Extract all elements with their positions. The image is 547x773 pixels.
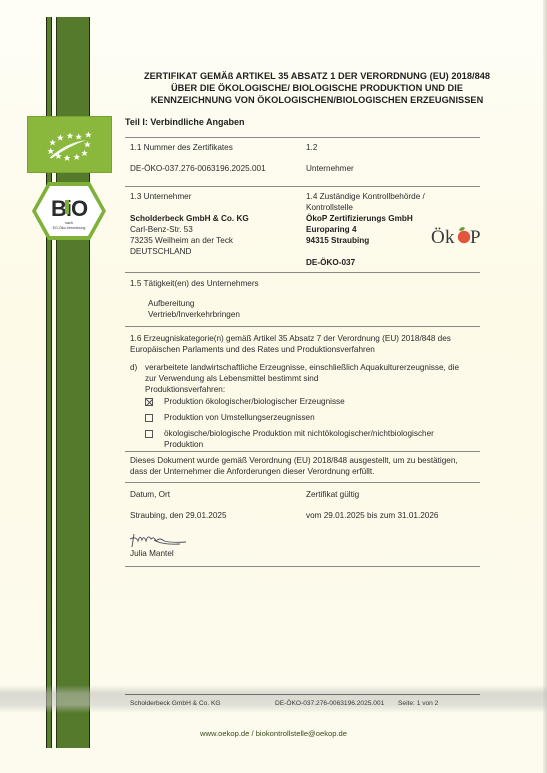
divider bbox=[125, 451, 480, 452]
activity-item: Aufbereitung bbox=[148, 299, 194, 310]
authority-org: ÖkoP Zertifizierungs GmbH bbox=[306, 214, 413, 225]
authority-street: Europaring 4 bbox=[306, 225, 357, 236]
option-mixed-production-line-2: Produktion bbox=[164, 440, 203, 451]
title-line-2: ÜBER DIE ÖKOLOGISCHE/ BIOLOGISCHE PRODUK… bbox=[112, 82, 522, 94]
operator-street: Carl-Benz-Str. 53 bbox=[130, 225, 193, 236]
divider bbox=[125, 186, 480, 187]
svg-text:P: P bbox=[470, 227, 481, 246]
contact-links: www.oekop.de / biokontrollstelle@oekop.d… bbox=[0, 729, 547, 738]
checkbox-conversion-products[interactable] bbox=[145, 414, 153, 422]
footer-company: Scholderbeck GmbH & Co. KG bbox=[130, 700, 221, 707]
signatory-name: Julia Mantel bbox=[130, 549, 174, 560]
certificate-page: BiO nach EG-Öko-Verordnung ZERTIFIKAT GE… bbox=[0, 0, 547, 773]
eu-organic-leaf-logo-icon bbox=[27, 116, 112, 173]
authority-code: DE-ÖKO-037 bbox=[306, 258, 355, 269]
product-category-label-line-2: Europäischen Parlaments und des Rates un… bbox=[130, 345, 375, 356]
production-methods-label: Produktionsverfahren: bbox=[145, 385, 225, 396]
signature-image bbox=[128, 531, 192, 549]
section-title: Teil I: Verbindliche Angaben bbox=[125, 117, 245, 127]
category-marker: d) bbox=[130, 363, 137, 374]
svg-text:nach: nach bbox=[65, 221, 73, 225]
authority-city: 94315 Straubing bbox=[306, 236, 369, 247]
category-text-line-2: zur Verwendung als Lebensmittel bestimmt… bbox=[145, 374, 318, 385]
title-line-3: KENNZEICHNUNG VON ÖKOLOGISCHEN/BIOLOGISC… bbox=[112, 94, 522, 106]
statement-line-2: dass der Unternehmer die Anforderungen d… bbox=[130, 467, 374, 478]
option-organic-production: Produktion ökologischer/biologischer Erz… bbox=[164, 397, 345, 408]
checkbox-mixed-production[interactable] bbox=[145, 430, 153, 438]
option-mixed-production-line-1: ökologische/biologische Produktion mit n… bbox=[164, 429, 434, 440]
authority-label-line-2: Kontrollstelle bbox=[306, 203, 353, 214]
category-text-line-1: verarbeitete landwirtschaftliche Erzeugn… bbox=[145, 363, 459, 374]
product-category-label-line-1: 1.6 Erzeugniskategorie(n) gemäß Artikel … bbox=[130, 334, 451, 345]
operator-label: 1.3 Unternehmer bbox=[130, 192, 191, 203]
website-email-link[interactable]: www.oekop.de / biokontrollstelle@oekop.d… bbox=[200, 729, 347, 738]
title-line-1: ZERTIFIKAT GEMÄß ARTIKEL 35 ABSATZ 1 DER… bbox=[112, 70, 522, 82]
svg-text:BiO: BiO bbox=[51, 196, 88, 221]
divider bbox=[125, 566, 480, 567]
operator-country: DEUTSCHLAND bbox=[130, 247, 191, 258]
footer-page-number: Seite: 1 von 2 bbox=[398, 700, 438, 707]
svg-text:EG-Öko-Verordnung: EG-Öko-Verordnung bbox=[53, 226, 86, 230]
checkbox-organic-production[interactable] bbox=[145, 398, 153, 406]
divider bbox=[125, 137, 480, 138]
field-1-2-label: 1.2 bbox=[306, 143, 317, 154]
bio-seal-icon: BiO nach EG-Öko-Verordnung bbox=[30, 180, 108, 242]
page-edge-shadow bbox=[543, 0, 547, 773]
operator-city: 73235 Weilheim an der Teck bbox=[130, 236, 233, 247]
validity-label: Zertifikat gültig bbox=[306, 490, 359, 501]
authority-label-line-1: 1.4 Zuständige Kontrollbehörde / bbox=[306, 192, 425, 203]
validity-value: vom 29.01.2025 bis zum 31.01.2026 bbox=[306, 511, 438, 522]
cert-number-value: DE-ÖKO-037.276-0063196.2025.001 bbox=[130, 164, 266, 175]
divider bbox=[125, 482, 480, 483]
activity-item: Vertrieb/Inverkehrbringen bbox=[148, 310, 240, 321]
certificate-title: ZERTIFIKAT GEMÄß ARTIKEL 35 ABSATZ 1 DER… bbox=[112, 70, 522, 106]
footer-divider bbox=[125, 694, 480, 695]
date-place-value: Straubing, den 29.01.2025 bbox=[130, 511, 227, 522]
okop-logo-icon: Ö k P bbox=[431, 224, 487, 246]
svg-text:k: k bbox=[445, 227, 455, 246]
svg-text:Ö: Ö bbox=[431, 227, 445, 246]
cert-number-label: 1.1 Nummer des Zertifikates bbox=[130, 143, 233, 154]
footer-cert-number: DE-ÖKO-037.276-0063196.2025.001 bbox=[275, 700, 384, 707]
field-1-2-value: Unternehmer bbox=[306, 164, 354, 175]
statement-line-1: Dieses Dokument wurde gemäß Verordnung (… bbox=[130, 456, 458, 467]
operator-company: Scholderbeck GmbH & Co. KG bbox=[130, 214, 249, 225]
option-conversion-products: Produktion von Umstellungserzeugnissen bbox=[164, 413, 315, 424]
divider bbox=[125, 326, 480, 327]
activities-label: 1.5 Tätigkeit(en) des Unternehmers bbox=[130, 279, 259, 290]
divider bbox=[125, 272, 480, 273]
scan-artifact-band bbox=[0, 685, 547, 713]
date-place-label: Datum, Ort bbox=[130, 490, 170, 501]
